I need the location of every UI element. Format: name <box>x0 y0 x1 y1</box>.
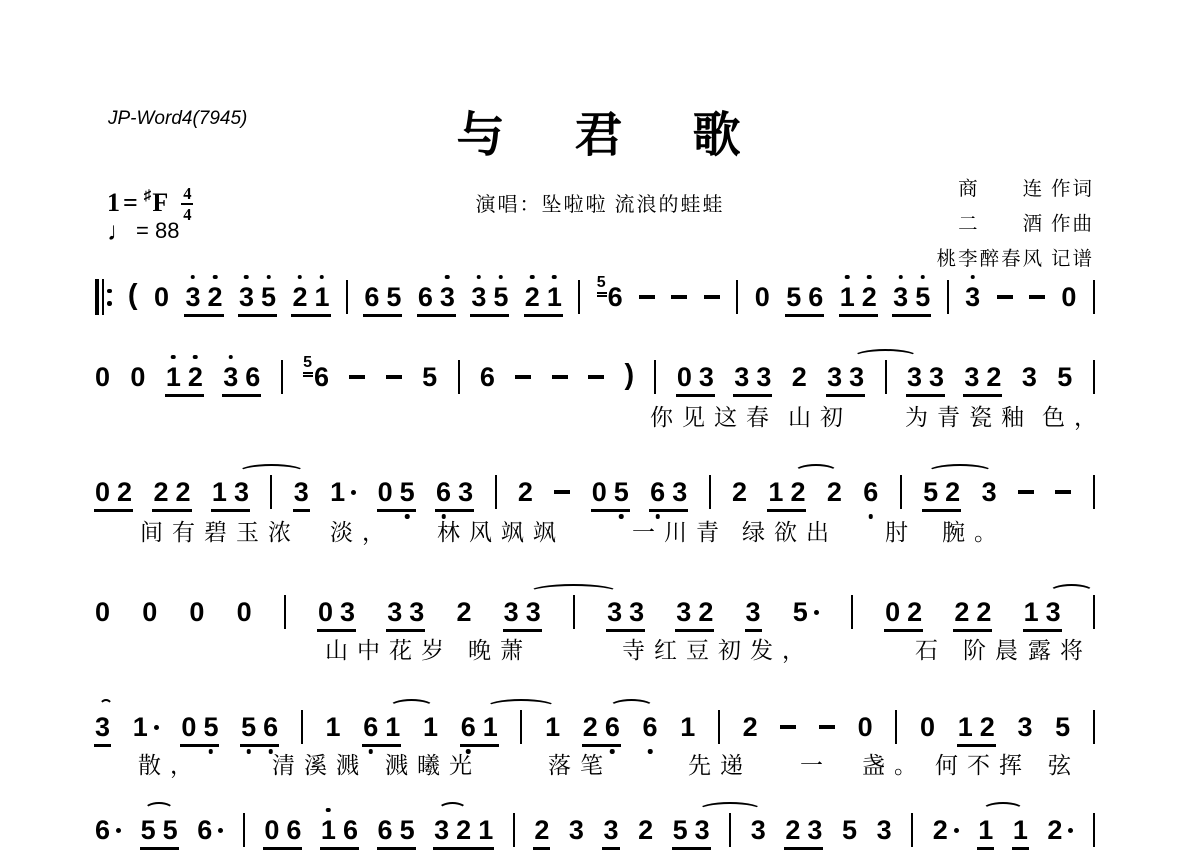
note: 6 <box>245 364 260 391</box>
note-number: 2 <box>907 599 922 626</box>
barline <box>1093 813 1095 847</box>
note-number: 3 <box>409 599 424 626</box>
rest-note: 0 <box>181 714 196 741</box>
note: 3 <box>607 599 622 626</box>
note-number: 2 <box>117 479 132 506</box>
lyric-segment: 弦 <box>1048 751 1080 781</box>
note-number: 3 <box>676 599 691 626</box>
note-number: 5 <box>493 284 508 311</box>
note: 1 <box>314 284 329 311</box>
note-number: 0 <box>237 599 252 626</box>
note: 5 <box>261 284 276 311</box>
note: 3 <box>526 599 541 626</box>
note-number: 5 <box>422 364 437 391</box>
note-number: 6 <box>95 817 110 844</box>
note-number: 0 <box>181 714 196 741</box>
note-number: 2 <box>638 817 653 844</box>
rest-note: 0 <box>318 599 333 626</box>
note-number: 5 <box>673 817 688 844</box>
barline <box>895 710 897 744</box>
lyric-segment: 一 <box>800 751 832 781</box>
note: 1 <box>840 284 855 311</box>
note-number: 3 <box>1046 599 1061 626</box>
note-number: 1 <box>1013 817 1028 844</box>
note-number: 6 <box>343 817 358 844</box>
beam-group: 53 <box>673 817 710 844</box>
note-number: 3 <box>526 599 541 626</box>
dash-extension <box>780 725 796 729</box>
note: 3 <box>239 284 254 311</box>
note-number: 1 <box>478 817 493 844</box>
note: 6 <box>363 714 378 741</box>
note-number: 3 <box>734 364 749 391</box>
note-number: 3 <box>185 284 200 311</box>
note: 3 <box>95 714 110 741</box>
note: 6 <box>286 817 301 844</box>
repeat-sign <box>95 279 112 315</box>
music-line-1: (03235216563352156056123530 <box>95 262 1095 316</box>
beam-group: 33 <box>734 364 771 391</box>
note: 2 <box>1047 817 1073 844</box>
note-number: 3 <box>746 599 761 626</box>
time-signature: 44 <box>181 185 193 224</box>
octave-dot-high <box>266 275 271 280</box>
barline <box>301 710 303 744</box>
note: 5 <box>614 479 629 506</box>
quarter-note-icon: ♩ <box>107 218 133 244</box>
note: 5 <box>400 479 415 506</box>
note: 5 <box>923 479 938 506</box>
beam-group: 03 <box>318 599 355 626</box>
octave-dot-high <box>193 355 198 360</box>
beam-group: 21 <box>525 284 562 311</box>
octave-dot-high <box>244 275 249 280</box>
note-number: 3 <box>223 364 238 391</box>
note-number: 3 <box>893 284 908 311</box>
note: 2 <box>986 364 1001 391</box>
note: 1 <box>1024 599 1039 626</box>
note: 2 <box>790 479 805 506</box>
note-number: 3 <box>929 364 944 391</box>
beam-group: 13 <box>212 479 249 506</box>
rest-note: 0 <box>1061 284 1076 311</box>
grace-note-group: 56 <box>303 364 329 391</box>
note: 6 <box>378 817 393 844</box>
music-line-6: 6556061665321233253323532112 <box>95 795 1095 849</box>
note: 2 <box>525 284 540 311</box>
note: 3 <box>471 284 486 311</box>
rest-note: 0 <box>378 479 393 506</box>
note-number: 6 <box>245 364 260 391</box>
note: 3 <box>734 364 749 391</box>
beam-group: 33 <box>387 599 424 626</box>
grace-note: 5 <box>597 275 606 291</box>
note-number: 2 <box>945 479 960 506</box>
note-number: 0 <box>677 364 692 391</box>
note: 3 <box>440 284 455 311</box>
tempo-value: = 88 <box>136 218 179 244</box>
augmentation-dot <box>116 828 121 833</box>
octave-dot-high <box>530 275 535 280</box>
note-number: 6 <box>378 817 393 844</box>
beam-group: 22 <box>954 599 991 626</box>
beam-group: 12 <box>768 479 805 506</box>
note: 5 <box>915 284 930 311</box>
note: 3 <box>340 599 355 626</box>
note: 6 <box>436 479 451 506</box>
note: 2 <box>175 479 190 506</box>
beam-group: 03 <box>677 364 714 391</box>
note-number: 2 <box>698 599 713 626</box>
note: 6 <box>418 284 433 311</box>
beam-group: 33 <box>504 599 541 626</box>
note: 3 <box>1022 364 1037 391</box>
note-number: 5 <box>1057 364 1072 391</box>
note-number: 3 <box>440 284 455 311</box>
note-number: 1 <box>166 364 181 391</box>
note-number: 3 <box>965 284 980 311</box>
note: 3 <box>964 364 979 391</box>
barline <box>1093 280 1095 314</box>
note: 1 <box>545 714 560 741</box>
note: 5 <box>241 714 256 741</box>
octave-dot-high <box>191 275 196 280</box>
song-title: 与 君 歌 <box>0 96 1200 165</box>
note-number: 3 <box>471 284 486 311</box>
parenthesis: ( <box>128 281 138 310</box>
meter-denominator: 4 <box>183 205 191 223</box>
rest-note: 0 <box>154 284 169 311</box>
note-number: 6 <box>286 817 301 844</box>
note: 3 <box>907 364 922 391</box>
note: 5 <box>163 817 178 844</box>
rest-note: 0 <box>142 599 157 626</box>
octave-dot-high <box>845 275 850 280</box>
dash-extension <box>1029 295 1045 299</box>
note-number: 5 <box>141 817 156 844</box>
lyric-segment: 山初 <box>788 403 852 433</box>
rest-note: 0 <box>755 284 770 311</box>
beam-group: 32 <box>964 364 1001 391</box>
beam-group: 2 <box>534 817 549 844</box>
note-number: 1 <box>314 284 329 311</box>
note-number: 1 <box>385 714 400 741</box>
note-number: 0 <box>858 714 873 741</box>
lyric-segment: 间有碧玉浓 <box>140 518 300 548</box>
note-number: 1 <box>547 284 562 311</box>
note-number: 1 <box>840 284 855 311</box>
note-number: 0 <box>95 479 110 506</box>
augmentation-dot <box>218 828 223 833</box>
note: 1 <box>768 479 783 506</box>
note: 6 <box>263 714 278 741</box>
barline <box>718 710 720 744</box>
beam-group: 35 <box>471 284 508 311</box>
note: 3 <box>751 817 766 844</box>
beam-group: 63 <box>650 479 687 506</box>
note: 3 <box>294 479 309 506</box>
beam-group: 21 <box>292 284 329 311</box>
lyric-segment: 清溪溅 <box>272 751 368 781</box>
note-number: 6 <box>364 284 379 311</box>
note: 6 <box>608 284 623 311</box>
beam-group: 52 <box>923 479 960 506</box>
beam-group: 33 <box>827 364 864 391</box>
note: 6 <box>605 714 620 741</box>
lyric-segment: 石 <box>915 636 947 666</box>
beam-group: 3 <box>603 817 618 844</box>
lyric-segment: 晚萧 <box>468 636 532 666</box>
note: 1 <box>330 479 356 506</box>
note: 6 <box>364 284 379 311</box>
lyric-segment: 一川青 <box>632 518 728 548</box>
note: 5 <box>793 599 819 626</box>
barline <box>729 813 731 847</box>
barline <box>346 280 348 314</box>
note: 1 <box>133 714 159 741</box>
note: 5 <box>1055 714 1070 741</box>
note: 6 <box>461 714 476 741</box>
rest-note: 0 <box>592 479 607 506</box>
barline <box>911 813 913 847</box>
note: 2 <box>534 817 549 844</box>
dash-extension <box>997 295 1013 299</box>
beam-group: 36 <box>223 364 260 391</box>
note: 6 <box>197 817 223 844</box>
lyricist-credit: 商 连 作词 <box>937 172 1094 207</box>
note: 1 <box>321 817 336 844</box>
music-line-3: 0222133105632056321226523 <box>95 457 1095 511</box>
note: 6 <box>343 817 358 844</box>
note: 3 <box>1017 714 1032 741</box>
note-number: 0 <box>95 364 110 391</box>
parenthesis: ) <box>624 361 634 390</box>
beam-group: 23 <box>785 817 822 844</box>
note-number: 1 <box>133 714 148 741</box>
lyric-segment: 阶晨 <box>963 636 1027 666</box>
note: 1 <box>212 479 227 506</box>
beam-group: 02 <box>95 479 132 506</box>
note-number: 5 <box>915 284 930 311</box>
note: 1 <box>326 714 341 741</box>
note: 5 <box>493 284 508 311</box>
note: 6 <box>808 284 823 311</box>
note: 3 <box>699 364 714 391</box>
dash-extension <box>554 490 570 494</box>
rest-note: 0 <box>95 599 110 626</box>
note-number: 0 <box>264 817 279 844</box>
note-number: 0 <box>318 599 333 626</box>
note-number: 2 <box>980 714 995 741</box>
lyric-segment: 绿欲出 <box>742 518 838 548</box>
note-number: 2 <box>790 479 805 506</box>
barline <box>654 360 656 394</box>
note-number: 6 <box>263 714 278 741</box>
note-number: 2 <box>743 714 758 741</box>
note-number: 3 <box>294 479 309 506</box>
lyrics-line-4: 山中花岁晚萧寺红豆初发，石阶晨露将 <box>0 636 1200 668</box>
note: 3 <box>629 599 644 626</box>
note-number: 1 <box>212 479 227 506</box>
beam-group: 3 <box>746 599 761 626</box>
tempo-marking: ♩= 88 <box>107 218 179 244</box>
beam-group: 12 <box>840 284 877 311</box>
music-line-2: 0012365656)0333233333235 <box>95 342 1095 396</box>
note: 2 <box>743 714 758 741</box>
note: 2 <box>785 817 800 844</box>
note-number: 0 <box>755 284 770 311</box>
note: 5 <box>203 714 218 741</box>
note: 3 <box>893 284 908 311</box>
note: 3 <box>234 479 249 506</box>
note: 3 <box>387 599 402 626</box>
octave-dot-high <box>970 275 975 280</box>
note-number: 2 <box>933 817 948 844</box>
beam-group: 32 <box>185 284 222 311</box>
note: 6 <box>863 479 878 506</box>
beam-group: 61 <box>461 714 498 741</box>
barline <box>1093 360 1095 394</box>
note-number: 5 <box>261 284 276 311</box>
note: 2 <box>583 714 598 741</box>
barline <box>243 813 245 847</box>
lyric-segment: 你见这春 <box>650 403 778 433</box>
lyric-segment: 先递 <box>688 751 752 781</box>
dash-extension <box>1055 490 1071 494</box>
beam-group: 12 <box>958 714 995 741</box>
note-number: 3 <box>877 817 892 844</box>
octave-dot-high <box>320 275 325 280</box>
octave-dot-high <box>477 275 482 280</box>
note-number: 1 <box>978 817 993 844</box>
note: 5 <box>786 284 801 311</box>
note: 3 <box>982 479 997 506</box>
note-number: 0 <box>920 714 935 741</box>
lyric-segment: 山中花岁 <box>325 636 453 666</box>
note-number: 3 <box>964 364 979 391</box>
note-number: 3 <box>907 364 922 391</box>
note: 3 <box>877 817 892 844</box>
note-number: 5 <box>400 817 415 844</box>
note-number: 6 <box>608 284 623 311</box>
note: 3 <box>409 599 424 626</box>
dash-extension <box>349 375 365 379</box>
rest-note: 0 <box>237 599 252 626</box>
note: 1 <box>166 364 181 391</box>
beam-group: 55 <box>141 817 178 844</box>
note-number: 0 <box>142 599 157 626</box>
sharp-icon: ♯ <box>144 188 152 205</box>
note: 5 <box>673 817 688 844</box>
beam-group: 3 <box>95 714 110 741</box>
note-number: 5 <box>241 714 256 741</box>
note-number: 0 <box>885 599 900 626</box>
note-number: 3 <box>827 364 842 391</box>
barline <box>736 280 738 314</box>
octave-dot-high <box>213 275 218 280</box>
note-number: 5 <box>923 479 938 506</box>
note: 1 <box>483 714 498 741</box>
octave-dot-high <box>920 275 925 280</box>
note: 3 <box>849 364 864 391</box>
barline <box>513 813 515 847</box>
meter-numerator: 4 <box>181 185 193 205</box>
note-number: 2 <box>456 599 471 626</box>
note: 3 <box>458 479 473 506</box>
note-number: 5 <box>842 817 857 844</box>
barline <box>573 595 575 629</box>
lyric-segment: 寺红豆初发， <box>622 636 814 666</box>
equals-sign: = <box>123 188 138 218</box>
barline <box>1093 595 1095 629</box>
beam-group: 61 <box>363 714 400 741</box>
note: 3 <box>569 817 584 844</box>
beam-group: 32 <box>676 599 713 626</box>
note: 3 <box>676 599 691 626</box>
dash-extension <box>552 375 568 379</box>
beam-group: 02 <box>885 599 922 626</box>
note-number: 2 <box>954 599 969 626</box>
note: 1 <box>423 714 438 741</box>
note: 6 <box>643 714 658 741</box>
note-number: 0 <box>1061 284 1076 311</box>
note-number: 6 <box>863 479 878 506</box>
barline <box>495 475 497 509</box>
dash-extension <box>671 295 687 299</box>
note: 1 <box>958 714 973 741</box>
octave-dot-high <box>445 275 450 280</box>
note-number: 3 <box>629 599 644 626</box>
beam-group: 35 <box>239 284 276 311</box>
dash-extension <box>639 295 655 299</box>
lyric-segment: 为青瓷釉 <box>905 403 1033 433</box>
lyric-segment: 林风飒飒 <box>437 518 565 548</box>
note: 3 <box>185 284 200 311</box>
barline <box>281 360 283 394</box>
note: 3 <box>807 817 822 844</box>
note-number: 1 <box>483 714 498 741</box>
octave-dot-high <box>867 275 872 280</box>
lyrics-line-3: 间有碧玉浓淡，林风飒飒一川青绿欲出肘腕。 <box>0 518 1200 550</box>
note: 2 <box>456 599 471 626</box>
beam-group: 321 <box>434 817 493 844</box>
lyric-segment: 露将 <box>1028 636 1092 666</box>
note-number: 2 <box>862 284 877 311</box>
lyric-segment: 何不挥 <box>935 751 1031 781</box>
music-line-4: 00000333233333235022213 <box>95 577 1095 631</box>
dash-extension <box>819 725 835 729</box>
note: 2 <box>188 364 203 391</box>
note: 3 <box>603 817 618 844</box>
note-number: 3 <box>699 364 714 391</box>
note-number: 5 <box>1055 714 1070 741</box>
note-number: 3 <box>982 479 997 506</box>
rest-note: 0 <box>130 364 145 391</box>
barline <box>1093 475 1095 509</box>
lyric-segment: 腕。 <box>942 518 1006 548</box>
note: 2 <box>698 599 713 626</box>
note-number: 3 <box>849 364 864 391</box>
note: 1 <box>478 817 493 844</box>
beam-group: 16 <box>321 817 358 844</box>
note: 3 <box>695 817 710 844</box>
note-number: 0 <box>592 479 607 506</box>
octave-dot-high <box>229 355 234 360</box>
note-number: 0 <box>130 364 145 391</box>
beam-group: 33 <box>607 599 644 626</box>
barline <box>885 360 887 394</box>
key-letter: F <box>152 188 168 218</box>
